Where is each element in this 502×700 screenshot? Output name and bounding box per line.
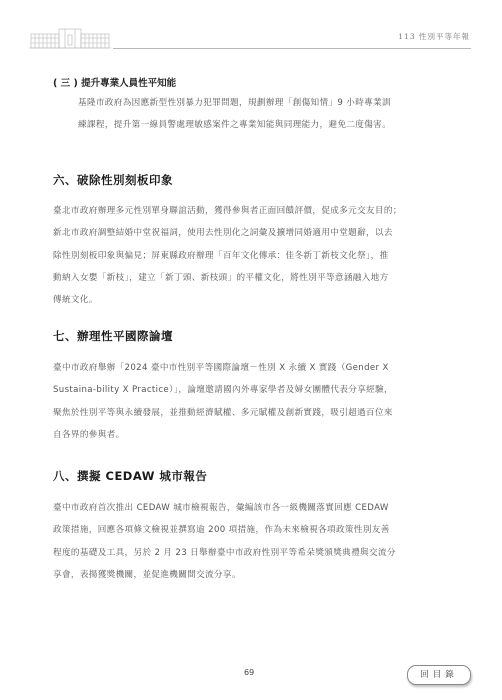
text-line: 新北市政府調整結婚中堂祝福詞，使用去性別化之詞彙及擴增同婚適用中堂題辭，以去 [53, 222, 455, 244]
text-line: 享會，表揚獲獎機關，並促進機關間交流分享。 [53, 564, 455, 586]
page-number: 69 [244, 668, 254, 677]
section-6-paragraph: 臺北市政府辦理多元性別單身聯誼活動，獲得參與者正面回饋評價，促成多元交友目的； … [53, 200, 455, 311]
text-line: 政策措施，回應各項條文檢視並撰寫逾 200 項措施，作為未來檢視各項政策性別友善 [53, 519, 455, 541]
text-line: 自各界的參與者。 [53, 424, 455, 446]
text-line: Sustaina-bility X Practice）」，論壇邀請國內外專家學者… [53, 379, 455, 401]
back-to-toc-button[interactable]: 回目錄 [407, 665, 471, 685]
text-line: 聚焦於性別平等與永續發展，並推動經濟賦權、多元賦權及創新實踐，吸引超過百位來 [53, 402, 455, 424]
text-line: 臺中市政府首次推出 CEDAW 城市檢視報告，彙編該市各一級機關落實回應 CED… [53, 497, 455, 519]
building-icon [29, 27, 111, 49]
text-line: 動納入女嬰「新枝」，建立「新丁頭、新枝頭」的平權文化，將性別平等意涵融入地方 [53, 267, 455, 289]
section-heading-6: 六、破除性別刻板印象 [53, 172, 173, 188]
text-line: 除性別刻板印象與偏見；屏東縣政府辦理「百年文化傳承：佳冬新丁新枝文化祭」，推 [53, 245, 455, 267]
text-line: 傳統文化。 [53, 289, 455, 311]
section-7-paragraph: 臺中市政府舉辦「2024 臺中市性別平等國際論壇－性別 X 永續 X 實踐（Ge… [53, 357, 455, 446]
section-heading-7: 七、辦理性平國際論壇 [53, 328, 173, 344]
subsection-3-paragraph: 基隆市政府為因應新型性別暴力犯罪問題，規劃辦理「創傷知情」9 小時專業訓 練課程… [78, 92, 455, 137]
header-divider [113, 48, 471, 49]
section-8-paragraph: 臺中市政府首次推出 CEDAW 城市檢視報告，彙編該市各一級機關落實回應 CED… [53, 497, 455, 586]
text-line: 臺北市政府辦理多元性別單身聯誼活動，獲得參與者正面回饋評價，促成多元交友目的； [53, 200, 455, 222]
subsection-heading-3: ( 三 ) 提升專業人員性平知能 [53, 75, 176, 89]
report-title: 113 性別平等年報 [398, 31, 470, 42]
text-line: 程度的基礎及工具，另於 2 月 23 日舉辦臺中市政府性別平等希朵獎頒獎典禮與交… [53, 542, 455, 564]
text-line: 臺中市政府舉辦「2024 臺中市性別平等國際論壇－性別 X 永續 X 實踐（Ge… [53, 357, 455, 379]
section-heading-8: 八、撰擬 CEDAW 城市報告 [53, 468, 207, 484]
page-header: 113 性別平等年報 [0, 0, 502, 60]
text-line: 基隆市政府為因應新型性別暴力犯罪問題，規劃辦理「創傷知情」9 小時專業訓 [78, 92, 455, 114]
text-line: 練課程，提升第一線員警處理敏感案件之專業知能與同理能力，避免二度傷害。 [78, 114, 455, 136]
